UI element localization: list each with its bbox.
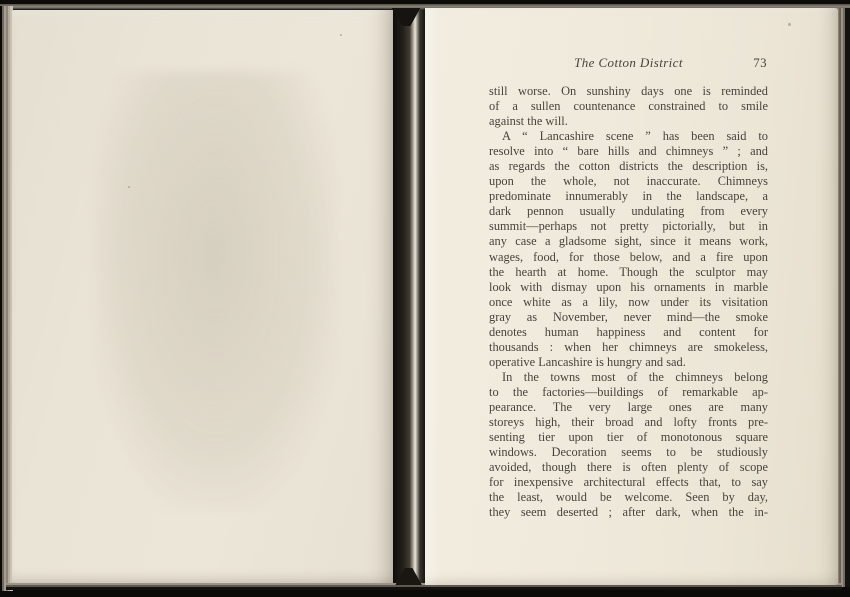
paper-speck xyxy=(340,34,342,36)
text-line: pearance. The very large ones are many xyxy=(489,400,768,415)
text-line: summit—perhaps not pretty pictorially, b… xyxy=(489,219,768,234)
text-line: as regards the cotton districts the desc… xyxy=(489,159,768,174)
text-line: wages, food, for those below, and a fire… xyxy=(489,250,768,265)
text-line: look with dismay upon his ornaments in m… xyxy=(489,280,768,295)
book-scan-photo: The Cotton District 73 still worse. On s… xyxy=(0,0,850,597)
text-line: gray as November, never mind—the smoke xyxy=(489,310,768,325)
body-text-block: still worse. On sunshiny days one is rem… xyxy=(489,84,768,520)
text-line: senting tier upon tier of monotonous squ… xyxy=(489,430,768,445)
text-line: storeys high, their broad and lofty fron… xyxy=(489,415,768,430)
text-line: dark pennon usually undulating from ever… xyxy=(489,204,768,219)
text-line: denotes human happiness and content for xyxy=(489,325,768,340)
page-header: The Cotton District 73 xyxy=(489,55,768,71)
text-line: once white as a lily, now under its visi… xyxy=(489,295,768,310)
text-line: the least, would be welcome. Seen by day… xyxy=(489,490,768,505)
text-line: the hearth at home. Though the sculptor … xyxy=(489,265,768,280)
text-line: still worse. On sunshiny days one is rem… xyxy=(489,84,768,99)
text-line: A “ Lancashire scene ” has been said to xyxy=(489,129,768,144)
paper-speck xyxy=(540,120,542,122)
text-line: resolve into “ bare hills and chimneys ”… xyxy=(489,144,768,159)
paper-speck xyxy=(788,23,791,26)
text-line: they seem deserted ; after dark, when th… xyxy=(489,505,768,520)
text-line: In the towns most of the chimneys belong xyxy=(489,370,768,385)
text-line: against the will. xyxy=(489,114,768,129)
text-line: for inexpensive architectural effects th… xyxy=(489,475,768,490)
text-line: to the factories—buildings of remarkable… xyxy=(489,385,768,400)
text-line: predominate innumerably in the landscape… xyxy=(489,189,768,204)
right-page: The Cotton District 73 still worse. On s… xyxy=(425,8,838,585)
page-number: 73 xyxy=(753,56,767,71)
text-line: of a sullen countenance constrained to s… xyxy=(489,99,768,114)
text-line: windows. Decoration seems to be studious… xyxy=(489,445,768,460)
left-page-blank xyxy=(12,10,393,583)
text-line: upon the whole, not inaccurate. Chimneys xyxy=(489,174,768,189)
text-line: avoided, though there is often plenty of… xyxy=(489,460,768,475)
text-line: thousands : when her chimneys are smokel… xyxy=(489,340,768,355)
running-head: The Cotton District xyxy=(489,55,768,71)
spine-gutter xyxy=(391,8,427,585)
text-line: operative Lancashire is hungry and sad. xyxy=(489,355,768,370)
show-through-ghost-image xyxy=(94,72,336,508)
text-line: any case a gladsome sight, since it mean… xyxy=(489,234,768,249)
paper-speck xyxy=(128,186,130,188)
